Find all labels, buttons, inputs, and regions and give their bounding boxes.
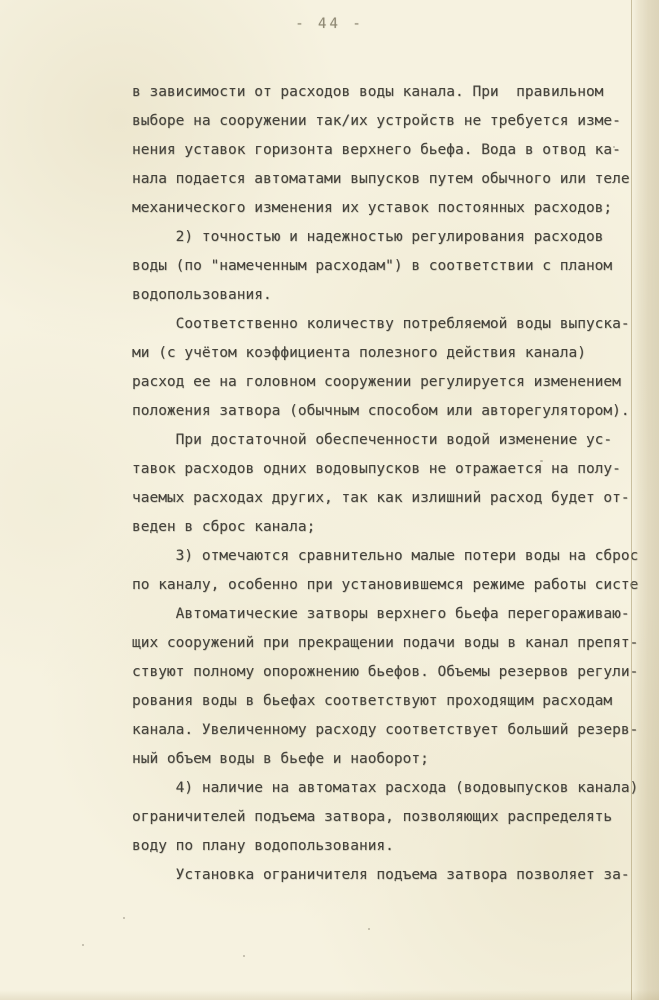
typewritten-text-block: в зависимости от расходов воды канала. П… bbox=[132, 78, 659, 890]
text-line: канала. Увеличенному расходу соответству… bbox=[132, 716, 659, 745]
text-line: в зависимости от расходов воды канала. П… bbox=[132, 78, 659, 107]
page-bottom-edge-shadow bbox=[0, 990, 659, 1000]
text-line: Установка ограничителя подъема затвора п… bbox=[132, 861, 659, 890]
text-line: нения уставок горизонта верхнего бьефа. … bbox=[132, 136, 659, 165]
text-line: ограничителей подъема затвора, позволяющ… bbox=[132, 803, 659, 832]
text-line: нала подается автоматами выпусков путем … bbox=[132, 165, 659, 194]
text-line: воду по плану водопользования. bbox=[132, 832, 659, 861]
text-line: по каналу, особенно при установившемся р… bbox=[132, 571, 659, 600]
text-line: воды (по "намеченным расходам") в соотве… bbox=[132, 252, 659, 281]
text-line: щих сооружений при прекращении подачи во… bbox=[132, 629, 659, 658]
text-line: положения затвора (обычным способом или … bbox=[132, 397, 659, 426]
text-line: Автоматические затворы верхнего бьефа пе… bbox=[132, 600, 659, 629]
text-line: 3) отмечаются сравнительно малые потери … bbox=[132, 542, 659, 571]
page-number: - 44 - bbox=[0, 16, 659, 32]
text-line: Соответственно количеству потребляемой в… bbox=[132, 310, 659, 339]
page-right-edge-shadow bbox=[631, 0, 659, 1000]
text-line: расход ее на головном сооружении регулир… bbox=[132, 368, 659, 397]
text-line: При достаточной обеспеченности водой изм… bbox=[132, 426, 659, 455]
text-line: тавок расходов одних водовыпусков не отр… bbox=[132, 455, 659, 484]
text-line: рования воды в бьефах соответствуют прох… bbox=[132, 687, 659, 716]
scanned-document-page: - 44 - в зависимости от расходов воды ка… bbox=[0, 0, 659, 1000]
text-line: веден в сброс канала; bbox=[132, 513, 659, 542]
text-line: выборе на сооружении так/их устройств не… bbox=[132, 107, 659, 136]
text-line: водопользования. bbox=[132, 281, 659, 310]
text-line: механического изменения их уставок посто… bbox=[132, 194, 659, 223]
text-line: ный объем воды в бьефе и наоборот; bbox=[132, 745, 659, 774]
text-line: 4) наличие на автоматах расхода (водовып… bbox=[132, 774, 659, 803]
text-line: чаемых расходах других, так как излишний… bbox=[132, 484, 659, 513]
text-line: ми (с учётом коэффициента полезного дейс… bbox=[132, 339, 659, 368]
text-line: 2) точностью и надежностью регулирования… bbox=[132, 223, 659, 252]
text-line: ствуют полному опорожнению бьефов. Объем… bbox=[132, 658, 659, 687]
